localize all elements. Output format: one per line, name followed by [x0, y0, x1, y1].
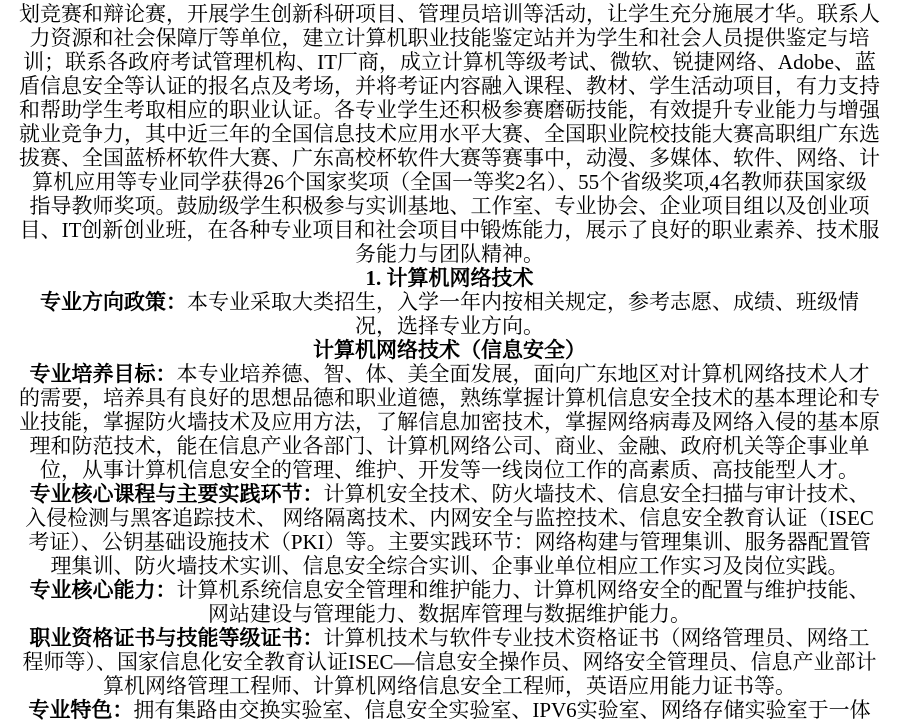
text-line: 职业资格证书与技能等级证书：计算机技术与软件专业技术资格证书（网络管理员、网络工: [0, 626, 899, 650]
text-line: 网站建设与管理能力、数据库管理与数据维护能力。: [0, 602, 899, 626]
line-text: 算机应用等专业同学获得26个国家奖项（全国一等奖2名）、55个省级奖项,4名教师…: [32, 170, 867, 194]
line-bold-label: 专业特色：: [28, 698, 133, 721]
line-text: 务能力与团队精神。: [355, 242, 544, 266]
line-bold-label: 专业核心能力：: [30, 578, 177, 602]
line-text: 况，选择专业方向。: [355, 314, 544, 338]
line-text: 计算机系统信息安全管理和维护能力、计算机网络安全的配置与维护技能、: [177, 578, 870, 602]
text-line: 算机网络管理工程师、计算机网络信息安全工程师，英语应用能力证书等。: [0, 674, 899, 698]
text-line: 理集训、防火墙技术实训、信息安全综合实训、企事业单位相应工作实习及岗位实践。: [0, 554, 899, 578]
text-line: 专业核心课程与主要实践环节：计算机安全技术、防火墙技术、信息安全扫描与审计技术、: [0, 482, 899, 506]
line-text: 理和防范技术，能在信息产业各部门、计算机网络公司、商业、金融、政府机关等企事业单: [30, 434, 870, 458]
line-text: 训；联系各政府考试管理机构、IT厂商，成立计算机等级考试、微软、锐捷网络、Ado…: [23, 50, 876, 74]
text-line: 和帮助学生考取相应的职业认证。各专业学生还积极参赛磨砺技能，有效提升专业能力与增…: [0, 98, 899, 122]
text-line: 力资源和社会保障厅等单位，建立计算机职业技能鉴定站并为学生和社会人员提供鉴定与培: [0, 26, 899, 50]
line-text: 程师等）、国家信息化安全教育认证ISEC—信息安全操作员、网络安全管理员、信息产…: [22, 650, 876, 674]
text-line: 入侵检测与黑客追踪技术、 网络隔离技术、内网安全与监控技术、信息安全教育认证（I…: [0, 506, 899, 530]
text-line: 专业特色：拥有集路由交换实验室、信息安全实验室、IPV6实验室、网络存储实验室于…: [0, 698, 899, 721]
line-text: 网站建设与管理能力、数据库管理与数据维护能力。: [208, 602, 691, 626]
text-line: 盾信息安全等认证的报名点及考场，并将考证内容融入课程、教材、学生活动项目，有力支…: [0, 74, 899, 98]
text-line: 考证）、公钥基础设施技术（PKI）等。主要实践环节：网络构建与管理集训、服务器配…: [0, 530, 899, 554]
line-text: 力资源和社会保障厅等单位，建立计算机职业技能鉴定站并为学生和社会人员提供鉴定与培: [30, 26, 870, 50]
text-line: 计算机网络技术（信息安全）: [0, 338, 899, 362]
line-text: 计算机技术与软件专业技术资格证书（网络管理员、网络工: [324, 626, 870, 650]
line-text: 目、IT创新创业班，在各种专业项目和社会项目中锻炼能力，展示了良好的职业素养、技…: [20, 218, 880, 242]
text-line: 专业培养目标：本专业培养德、智、体、美全面发展，面向广东地区对计算机网络技术人才: [0, 362, 899, 386]
line-text: 计算机安全技术、防火墙技术、信息安全扫描与审计技术、: [324, 482, 870, 506]
line-text: 和帮助学生考取相应的职业认证。各专业学生还积极参赛磨砺技能，有效提升专业能力与增…: [19, 98, 880, 122]
line-bold-label: 专业方向政策：: [40, 290, 187, 314]
line-text: 本专业采取大类招生，入学一年内按相关规定，参考志愿、成绩、班级情: [187, 290, 859, 314]
line-text: 理集训、防火墙技术实训、信息安全综合实训、企事业单位相应工作实习及岗位实践。: [51, 554, 849, 578]
line-bold-label: 1. 计算机网络技术: [366, 266, 534, 290]
text-line: 划竞赛和辩论赛，开展学生创新科研项目、管理员培训等活动，让学生充分施展才华。联系…: [0, 2, 899, 26]
line-text: 业技能，掌握防火墙技术及应用方法，了解信息加密技术，掌握网络病毒及网络入侵的基本…: [19, 410, 880, 434]
line-text: 盾信息安全等认证的报名点及考场，并将考证内容融入课程、教材、学生活动项目，有力支…: [19, 74, 880, 98]
line-text: 划竞赛和辩论赛，开展学生创新科研项目、管理员培训等活动，让学生充分施展才华。联系…: [19, 2, 880, 26]
line-text: 拥有集路由交换实验室、信息安全实验室、IPV6实验室、网络存储实验室于一体: [133, 698, 870, 721]
line-text: 本专业培养德、智、体、美全面发展，面向广东地区对计算机网络技术人才: [177, 362, 870, 386]
text-line: 程师等）、国家信息化安全教育认证ISEC—信息安全操作员、网络安全管理员、信息产…: [0, 650, 899, 674]
line-text: 考证）、公钥基础设施技术（PKI）等。主要实践环节：网络构建与管理集训、服务器配…: [28, 530, 870, 554]
text-line: 的需要，培养具有良好的思想品德和职业道德，熟练掌握计算机信息安全技术的基本理论和…: [0, 386, 899, 410]
text-line: 专业方向政策：本专业采取大类招生，入学一年内按相关规定，参考志愿、成绩、班级情: [0, 290, 899, 314]
text-line: 业技能，掌握防火墙技术及应用方法，了解信息加密技术，掌握网络病毒及网络入侵的基本…: [0, 410, 899, 434]
text-line: 务能力与团队精神。: [0, 242, 899, 266]
line-text: 指导教师奖项。鼓励级学生积极参与实训基地、工作室、专业协会、企业项目组以及创业项: [30, 194, 870, 218]
line-bold-label: 专业核心课程与主要实践环节：: [30, 482, 324, 506]
line-text: 位，从事计算机信息安全的管理、维护、开发等一线岗位工作的高素质、高技能型人才。: [40, 458, 859, 482]
text-line: 算机应用等专业同学获得26个国家奖项（全国一等奖2名）、55个省级奖项,4名教师…: [0, 170, 899, 194]
line-text: 拔赛、全国蓝桥杯软件大赛、广东高校杯软件大赛等赛事中，动漫、多媒体、软件、网络、…: [19, 146, 880, 170]
text-line: 专业核心能力：计算机系统信息安全管理和维护能力、计算机网络安全的配置与维护技能、: [0, 578, 899, 602]
document-page: 划竞赛和辩论赛，开展学生创新科研项目、管理员培训等活动，让学生充分施展才华。联系…: [0, 0, 899, 721]
line-text: 算机网络管理工程师、计算机网络信息安全工程师，英语应用能力证书等。: [103, 674, 796, 698]
line-text: 入侵检测与黑客追踪技术、 网络隔离技术、内网安全与监控技术、信息安全教育认证（I…: [25, 506, 874, 530]
text-line: 就业竞争力，其中近三年的全国信息技术应用水平大赛、全国职业院校技能大赛高职组广东…: [0, 122, 899, 146]
line-bold-label: 计算机网络技术（信息安全）: [313, 338, 586, 362]
line-text: 的需要，培养具有良好的思想品德和职业道德，熟练掌握计算机信息安全技术的基本理论和…: [19, 386, 880, 410]
text-line: 1. 计算机网络技术: [0, 266, 899, 290]
text-line: 位，从事计算机信息安全的管理、维护、开发等一线岗位工作的高素质、高技能型人才。: [0, 458, 899, 482]
text-line: 指导教师奖项。鼓励级学生积极参与实训基地、工作室、专业协会、企业项目组以及创业项: [0, 194, 899, 218]
document-text-body: 划竞赛和辩论赛，开展学生创新科研项目、管理员培训等活动，让学生充分施展才华。联系…: [0, 2, 899, 721]
line-bold-label: 职业资格证书与技能等级证书：: [30, 626, 324, 650]
line-bold-label: 专业培养目标：: [30, 362, 177, 386]
text-line: 况，选择专业方向。: [0, 314, 899, 338]
text-line: 目、IT创新创业班，在各种专业项目和社会项目中锻炼能力，展示了良好的职业素养、技…: [0, 218, 899, 242]
text-line: 训；联系各政府考试管理机构、IT厂商，成立计算机等级考试、微软、锐捷网络、Ado…: [0, 50, 899, 74]
text-line: 拔赛、全国蓝桥杯软件大赛、广东高校杯软件大赛等赛事中，动漫、多媒体、软件、网络、…: [0, 146, 899, 170]
text-line: 理和防范技术，能在信息产业各部门、计算机网络公司、商业、金融、政府机关等企事业单: [0, 434, 899, 458]
line-text: 就业竞争力，其中近三年的全国信息技术应用水平大赛、全国职业院校技能大赛高职组广东…: [19, 122, 880, 146]
